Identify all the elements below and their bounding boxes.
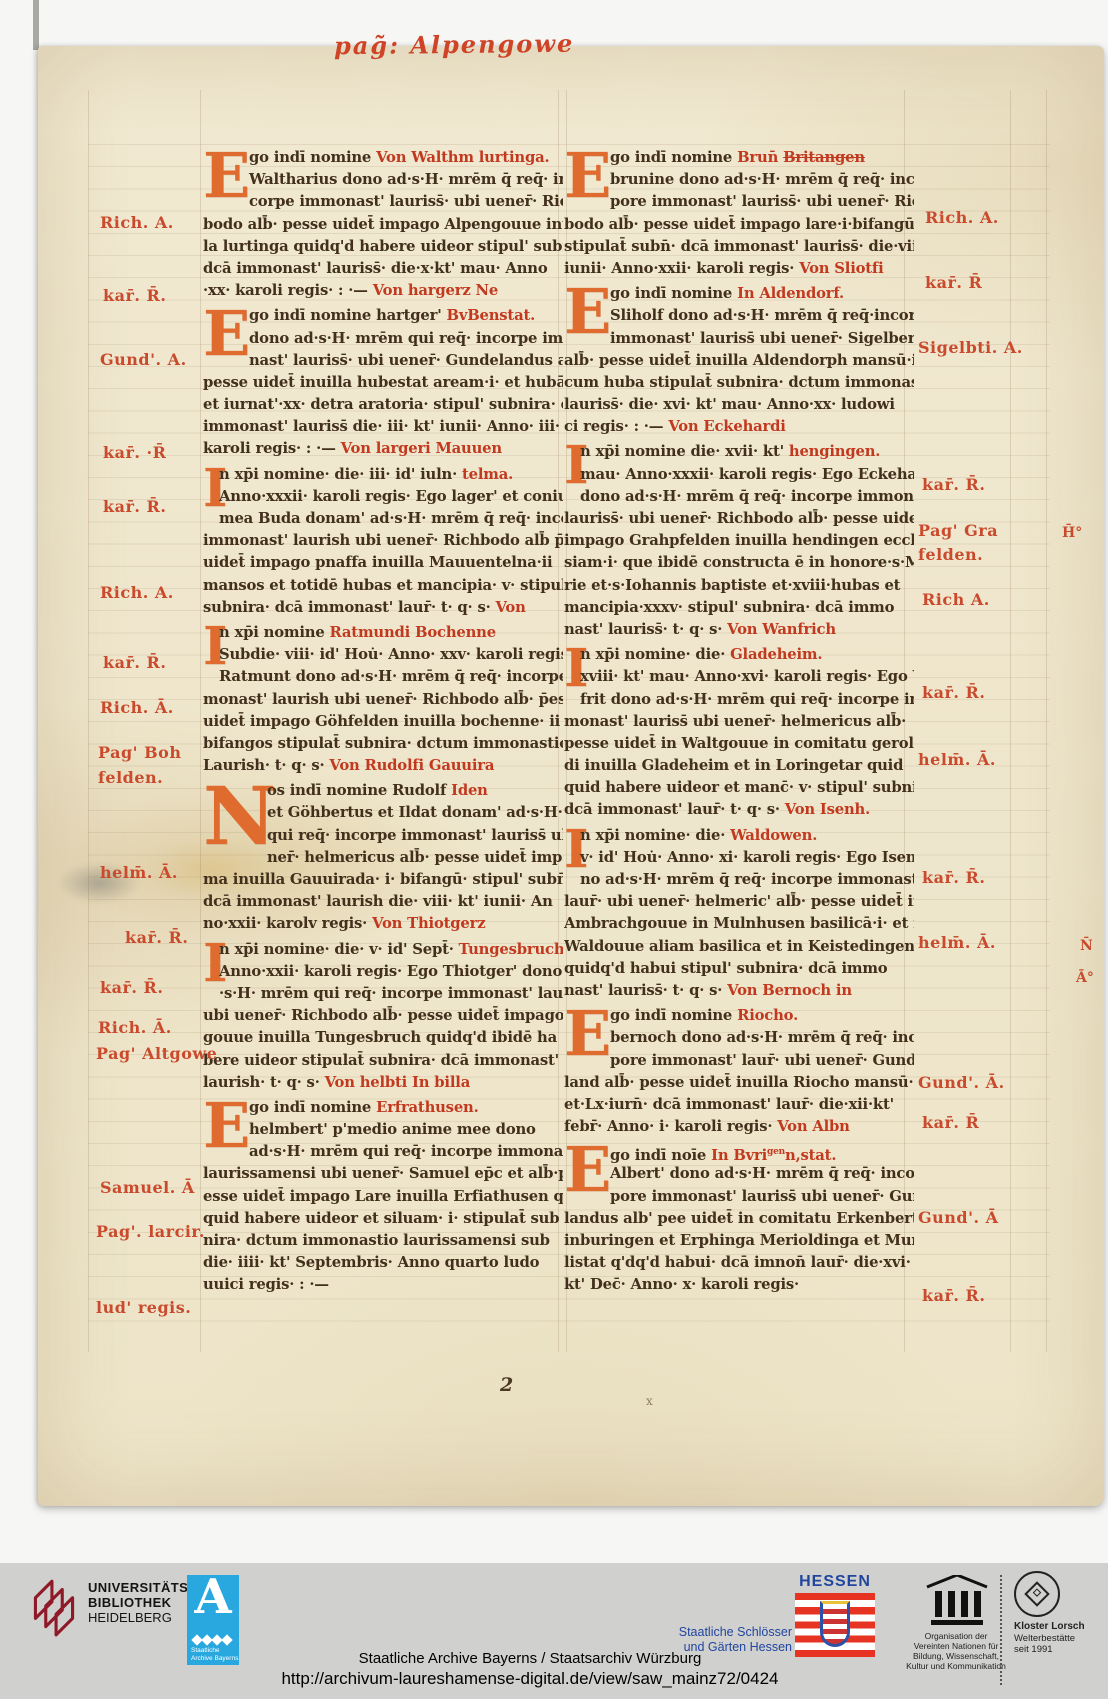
text-segment: go indī nomine	[249, 149, 376, 166]
text-segment: stipulat̄ subn̄· dcā immonast' lauriss̄·…	[564, 238, 914, 255]
text-segment: laurish· t· q· s·	[203, 1074, 325, 1091]
manuscript-line: immonast' laurish ubi uener̄· Richbodo a…	[203, 530, 563, 552]
text-segment: uidet̄ impago pnaffa inuilla Mauuentelna…	[203, 554, 552, 571]
manuscript-line: kt' Dec̄· Anno· x· karoli regis·	[564, 1274, 914, 1296]
manuscript-line: n xp̄i nomine· die· Gladeheim.	[564, 644, 914, 666]
text-segment: mea Buda donam' ad·s·H· mrēm q̄ req̄· in…	[219, 510, 563, 527]
text-segment: la lurtinga quidq'd habere uideor stipul…	[203, 238, 563, 255]
manuscript-line: Ratmunt dono ad·s·H· mrēm q̄ req̄· incor…	[203, 666, 563, 688]
text-segment: nast' lauriss̄· t· q· s·	[564, 621, 727, 638]
margin-note-left: Samuel. Ā	[100, 1178, 195, 1197]
text-segment: die· iiii· kt' Septembris· Anno quarto l…	[203, 1254, 539, 1271]
unesco-caption: Organisation der Vereinten Nationen für …	[896, 1631, 1016, 1671]
manuscript-line: immonast' lauriss̄ die· iii· kt' iunii· …	[203, 416, 563, 438]
text-segment: rie et·s·Iohannis baptiste et·xviii·huba…	[564, 577, 900, 594]
text-segment: go indī nomine	[610, 149, 737, 166]
manuscript-line: brunine dono ad·s·H· mrēm q̄ req̄· incor	[564, 169, 914, 191]
text-segment: Waltharius dono ad·s·H· mrēm q̄ req̄· in	[249, 171, 563, 188]
illuminated-initial: I	[564, 441, 580, 499]
text-segment: immonast' lauriss̄ die· iii· kt' iunii· …	[203, 418, 560, 435]
text-segment: Von Albn	[777, 1118, 850, 1135]
margin-note-right: kar̄. R̄.	[922, 1286, 985, 1305]
text-segment: brunine dono ad·s·H· mrēm q̄ req̄· incor	[610, 171, 914, 188]
text-segment: Von Sliotfi	[799, 260, 883, 277]
margin-symbol: N̄	[1080, 938, 1093, 954]
margin-note-right: Pag' Gra	[918, 521, 998, 540]
text-segment: quid habere uideor et manc̄· v· stipul' …	[564, 779, 914, 796]
text-segment: uidet̄ impago Göhfelden inuilla bochenne…	[203, 713, 560, 730]
illuminated-initial: I	[203, 939, 219, 997]
ub-heidelberg-label: UNIVERSITÄTS- BIBLIOTHEK HEIDELBERG	[88, 1580, 193, 1625]
text-segment: pore immonast' lauriss̄ ubi uener̄· Gund…	[610, 1188, 914, 1205]
unesco-logo-icon	[925, 1575, 989, 1627]
ub-line3: HEIDELBERG	[88, 1610, 193, 1625]
running-title: pag̃: Alpengowe	[334, 29, 575, 61]
manuscript-line: xviii· kt' mau· Anno·xvi· karoli regis· …	[564, 666, 914, 688]
margin-note-left: felden.	[98, 768, 163, 787]
charter-entry: In xp̄i nomine· die· v· id' Sept̄· Tunge…	[203, 939, 563, 1094]
illuminated-initial: N	[203, 780, 267, 856]
margin-note-left: kar̄. R̄.	[125, 928, 188, 947]
hessen-title: HESSEN	[795, 1573, 875, 1591]
manuscript-line: nast' lauriss̄· t· q· s· Von Wanfrich	[564, 619, 914, 641]
text-segment: BvBenstat.	[447, 307, 536, 324]
manuscript-line: ad·s·H· mrēm qui req̄· incorpe immonast'	[203, 1141, 563, 1163]
manuscript-line: et iurnat'·xx· detra aratoria· stipul' s…	[203, 394, 563, 416]
manuscript-line: karoli regis· : ·— Von largeri Mauuen	[203, 438, 563, 460]
text-segment: Tungesbruch.	[459, 941, 563, 958]
ruling-vertical-line	[1010, 90, 1011, 1352]
manuscript-line: dcā immonast' lauriss̄· die·x·kt' mau· A…	[203, 258, 563, 280]
text-segment: pore immonast' lauriss̄· ubi uener̄· Ric…	[610, 193, 914, 210]
manuscript-line: dcā immonast' laur̄· t· q· s· Von Isenh.	[564, 799, 914, 821]
text-segment: go indī nomine	[249, 1099, 376, 1116]
text-segment: Anno·xxii· karoli regis· Ego Thiotger' d…	[219, 963, 563, 980]
manuscript-line: bere uideor stipulat̄ subnira· dcā immon…	[203, 1050, 563, 1072]
charter-entry: In xp̄i nomine Ratmundi BochenneSubdie· …	[203, 622, 563, 777]
text-segment: In Aldendorf.	[737, 285, 844, 302]
text-segment: Von Walthm lurtinga.	[376, 149, 549, 166]
illuminated-initial: E	[203, 147, 249, 211]
text-segment: Albert' dono ad·s·H· mrēm q̄ req̄· incor	[610, 1165, 914, 1182]
manuscript-line: la lurtinga quidq'd habere uideor stipul…	[203, 236, 563, 258]
text-segment: bere uideor stipulat̄ subnira· dcā immon…	[203, 1052, 559, 1069]
text-segment: no ad·s·H· mrēm q̄ req̄· incorpe immonas…	[580, 871, 914, 888]
margin-note-left: helm̄. Ā.	[100, 863, 178, 882]
margin-note-right: helm̄. Ā.	[918, 750, 996, 769]
text-column-right: Ego indī nomine Brun̄ Britangenbrunine d…	[564, 147, 914, 1307]
text-segment: immonast' lauriss̄ ubi uener̄· Sigelbert…	[610, 330, 914, 347]
margin-note-left: Rich. Ā.	[100, 698, 174, 717]
text-segment: et·Lx·iurn̄· dcā immonast' laur̄· die·xi…	[564, 1096, 894, 1113]
margin-note-right: Rich A.	[922, 590, 990, 609]
text-segment: ci regis· : ·—	[564, 418, 668, 435]
text-segment: dono ad·s·H· mrēm q̄ req̄· incorpe immon…	[580, 488, 914, 505]
text-segment: Waldowen.	[730, 827, 817, 844]
text-segment: nast' lauriss̄· ubi uener̄· Gundelandus …	[249, 352, 563, 369]
manuscript-line: cum huba stipulat̄ subnira· dctum immona…	[564, 372, 914, 394]
margin-note-left: kar̄. R̄.	[103, 286, 166, 305]
manuscript-line: laur̄· ubi uener̄· helmeric' alb̄· pesse…	[564, 891, 914, 913]
margin-symbol: H̄°	[1062, 525, 1082, 541]
charter-entry: Nos indī nomine Rudolf Idenet Göhbertus …	[203, 780, 563, 935]
catchword: 2	[500, 1374, 513, 1396]
text-segment: mancipia·xxxv· stipul' subnira· dcā immo	[564, 599, 894, 616]
text-segment: laur̄· ubi uener̄· helmeric' alb̄· pesse…	[564, 893, 914, 910]
text-segment: impago Grahpfelden inuilla hendingen ecc…	[564, 532, 914, 549]
text-segment: go indī nomine	[610, 285, 737, 302]
margin-note-left: Rich. A.	[100, 583, 174, 602]
margin-note-left: Rich. A.	[100, 213, 174, 232]
text-segment: Von Bernoch in	[727, 982, 852, 999]
text-segment: qui req̄· incorpe immonast' lauriss̄ ubi…	[267, 827, 563, 844]
margin-note-left: kar̄. R̄.	[103, 497, 166, 516]
manuscript-line: ci regis· : ·— Von Eckehardi	[564, 416, 914, 438]
text-segment: Von Isenh.	[785, 801, 870, 818]
text-segment: Riocho.	[737, 1007, 798, 1024]
text-segment: n,stat.	[785, 1147, 836, 1164]
manuscript-line: no ad·s·H· mrēm q̄ req̄· incorpe immonas…	[564, 869, 914, 891]
text-segment: Waldouue aliam basilica et in Keisteding…	[564, 938, 914, 955]
credit-line: Staatliche Archive Bayerns / Staatsarchi…	[230, 1649, 830, 1668]
manuscript-line: go indī nomine Erfrathusen.	[203, 1097, 563, 1119]
text-segment: ner̄· helmericus alb̄· pesse uidet̄ impa…	[267, 849, 563, 866]
margin-note-right: kar̄. R̄.	[922, 475, 985, 494]
text-segment: n xp̄i nomine· die·	[580, 827, 730, 844]
charter-entry: Ego indī nomine Von Walthm lurtinga.Walt…	[203, 147, 563, 302]
manuscript-line: no·xxii· karolv regis· Von Thiotgerz	[203, 913, 563, 935]
text-segment: Ratmundi Bochenne	[329, 624, 495, 641]
charter-entry: Ego indī nomine Riocho.bernoch dono ad·s…	[564, 1005, 914, 1138]
text-segment: iunii· Anno·xxii· karoli regis·	[564, 260, 799, 277]
text-segment: Von largeri Mauuen	[341, 440, 502, 457]
text-column-left: Ego indī nomine Von Walthm lurtinga.Walt…	[203, 147, 563, 1337]
charter-entry: In xp̄i nomine· die· Gladeheim.xviii· kt…	[564, 644, 914, 822]
text-segment: Ratmunt dono ad·s·H· mrēm q̄ req̄· incor…	[219, 668, 563, 685]
manuscript-line: mancipia·xxxv· stipul' subnira· dcā immo	[564, 597, 914, 619]
text-segment: n xp̄i nomine· die· v· id' Sept̄·	[219, 941, 459, 958]
manuscript-line: n xp̄i nomine· die· Waldowen.	[564, 825, 914, 847]
text-segment: monast' lauriss̄ ubi uener̄· helmericus …	[564, 713, 906, 730]
manuscript-line: bifangos stipulat̄ subnira· dctum immona…	[203, 733, 563, 755]
archive-bayern-letter: A	[187, 1569, 239, 1625]
text-segment: Von Rudolfi Gauuira	[329, 757, 494, 774]
text-segment: landus alb' pee uidet̄ in comitatu Erken…	[564, 1210, 914, 1227]
margin-note-left: kar̄. R̄.	[100, 978, 163, 997]
illuminated-initial: I	[564, 825, 580, 883]
text-segment: v· id' Hou̇· Anno· xi· karoli regis· Ego…	[580, 849, 914, 866]
manuscript-line: dono ad·s·H· mrēm q̄ req̄· incorpe immon…	[564, 486, 914, 508]
margin-note-left: kar̄. ·R̄	[103, 443, 166, 462]
text-segment: et iurnat'·xx· detra aratoria· stipul' s…	[203, 396, 563, 413]
ruling-vertical-line	[200, 90, 201, 1352]
manuscript-line: quid habere uideor et manc̄· v· stipul' …	[564, 777, 914, 799]
manuscript-line: land alb̄· pesse uidet̄ inuilla Riocho m…	[564, 1072, 914, 1094]
manuscript-line: lauriss̄· ubi uener̄· Richbodo alb̄· pes…	[564, 508, 914, 530]
text-segment: karoli regis· : ·—	[203, 440, 341, 457]
text-segment: esse uidet̄ impago Lare inuilla Erfiathu…	[203, 1188, 563, 1205]
hessen-coat-of-arms-icon	[820, 1601, 850, 1647]
text-segment: n xp̄i nomine· die·	[580, 646, 730, 663]
manuscript-line: go indī nomine Riocho.	[564, 1005, 914, 1027]
manuscript-line: uuici regis· : ·—	[203, 1274, 563, 1296]
manuscript-line: di inuilla Gladeheim et in Loringetar qu…	[564, 755, 914, 777]
manuscript-line: Sliholf dono ad·s·H· mrēm q̄ req̄·incorp…	[564, 305, 914, 327]
text-segment: mau· Anno·xxxii· karoli regis· Ego Eckeh…	[580, 466, 914, 483]
manuscript-line: n xp̄i nomine Ratmundi Bochenne	[203, 622, 563, 644]
manuscript-line: rie et·s·Iohannis baptiste et·xviii·huba…	[564, 575, 914, 597]
margin-symbol: Ā°	[1076, 970, 1094, 986]
manuscript-line: mau· Anno·xxxii· karoli regis· Ego Eckeh…	[564, 464, 914, 486]
manuscript-line: monast' lauriss̄ ubi uener̄· helmericus …	[564, 711, 914, 733]
margin-note-left: Pag' Boh	[98, 743, 181, 762]
text-segment: di inuilla Gladeheim et in Loringetar qu…	[564, 757, 903, 774]
text-segment: mansos et totidē hubas et mancipia· v· s…	[203, 577, 563, 594]
illuminated-initial: E	[203, 1097, 249, 1161]
text-segment: telma.	[462, 466, 513, 483]
text-segment: helmbert' p'medio anime mee dono	[249, 1121, 536, 1138]
margin-note-right: Sigelbti. A.	[918, 338, 1023, 357]
margin-note-right: kar̄. R̄.	[922, 868, 985, 887]
manuscript-line: iunii· Anno·xxii· karoli regis· Von Slio…	[564, 258, 914, 280]
manuscript-line: quidq'd habui stipul' subnira· dcā immo	[564, 958, 914, 980]
text-segment: gouue inuilla Tungesbruch quidq'd ibidē …	[203, 1029, 557, 1046]
manuscript-line: pesse uidet̄ in Waltgouue in comitatu ge…	[564, 733, 914, 755]
scan-edge-artifact	[33, 0, 39, 50]
text-segment: Von hargerz Ne	[373, 282, 498, 299]
manuscript-line: pesse uidet̄ inuilla hubestat aream·i· e…	[203, 372, 563, 394]
text-segment: n xp̄i nomine· die· iii· id' iuln·	[219, 466, 462, 483]
manuscript-line: bodo alb̄· pesse uidet̄ impago lare·i·bi…	[564, 214, 914, 236]
text-segment: n xp̄i nomine	[219, 624, 329, 641]
illuminated-initial: E	[564, 283, 610, 347]
text-segment: lauriss̄· ubi uener̄· Richbodo alb̄· pes…	[564, 510, 914, 527]
manuscript-line: v· id' Hou̇· Anno· xi· karoli regis· Ego…	[564, 847, 914, 869]
text-segment: os indī nomine Rudolf	[267, 782, 451, 799]
manuscript-line: impago Grahpfelden inuilla hendingen ecc…	[564, 530, 914, 552]
text-segment: bodo alb̄· pesse uidet̄ impago Alpengouu…	[203, 216, 563, 233]
manuscript-line: uidet̄ impago pnaffa inuilla Mauuentelna…	[203, 552, 563, 574]
manuscript-line: ·s·H· mrēm qui req̄· incorpe immonast' l…	[203, 983, 563, 1005]
text-segment: bodo alb̄· pesse uidet̄ impago lare·i·bi…	[564, 216, 914, 233]
text-segment: nira· dctum immonastio laurissamensi sub	[203, 1232, 550, 1249]
text-segment: Ambrachgouue in Mulnhusen basilicā·i· et…	[564, 915, 914, 932]
text-segment: immonast' laurish ubi uener̄· Richbodo a…	[203, 532, 563, 549]
text-segment: Laurish· t· q· s·	[203, 757, 329, 774]
manuscript-line: siam·i· que ibidē constructa ē in honore…	[564, 552, 914, 574]
charter-entry: Ego indī nomine Brun̄ Britangenbrunine d…	[564, 147, 914, 280]
margin-note-right: Gund'. Ā	[918, 1208, 999, 1227]
charter-entry: Ego indī nomine Erfrathusen.helmbert' p'…	[203, 1097, 563, 1297]
manuscript-line: landus alb' pee uidet̄ in comitatu Erken…	[564, 1208, 914, 1230]
text-segment: pesse uidet̄ in Waltgouue in comitatu ge…	[564, 735, 914, 752]
text-segment: siam·i· que ibidē constructa ē in honore…	[564, 554, 914, 571]
illuminated-initial: I	[203, 622, 219, 680]
manuscript-line: bernoch dono ad·s·H· mrēm q̄ req̄· incor	[564, 1027, 914, 1049]
illuminated-initial: E	[564, 1005, 610, 1069]
text-segment: corpe immonast' lauriss̄· ubi uener̄· Ri…	[249, 193, 563, 210]
charter-entry: In xp̄i nomine die· xvii· kt' hengingen.…	[564, 441, 914, 641]
manuscript-line: Waldouue aliam basilica et in Keisteding…	[564, 936, 914, 958]
manuscript-line: mansos et totidē hubas et mancipia· v· s…	[203, 575, 563, 597]
illuminated-initial: E	[564, 147, 610, 211]
text-segment: land alb̄· pesse uidet̄ inuilla Riocho m…	[564, 1074, 913, 1091]
manuscript-line: laurish· t· q· s· Von helbti In billa	[203, 1072, 563, 1094]
text-segment: bifangos stipulat̄ subnira· dctum immona…	[203, 735, 563, 752]
text-segment: Erfrathusen.	[376, 1099, 478, 1116]
manuscript-line: pore immonast' lauriss̄ ubi uener̄· Gund…	[564, 1186, 914, 1208]
margin-note-right: helm̄. Ā.	[918, 933, 996, 952]
manuscript-line: Albert' dono ad·s·H· mrēm q̄ req̄· incor	[564, 1163, 914, 1185]
text-segment: no·xxii· karolv regis·	[203, 915, 372, 932]
text-segment: Von Eckehardi	[668, 418, 785, 435]
manuscript-line: dono ad·s·H· mrēm qui req̄· incorpe immo	[203, 328, 563, 350]
manuscript-line: lauriss̄· die· xvi· kt' mau· Anno·xx· lu…	[564, 394, 914, 416]
source-url: http://archivum-laureshamense-digital.de…	[230, 1668, 830, 1689]
text-segment: bernoch dono ad·s·H· mrēm q̄ req̄· incor	[610, 1029, 914, 1046]
manuscript-line: nira· dctum immonastio laurissamensi sub	[203, 1230, 563, 1252]
ub-heidelberg-logo-icon	[26, 1573, 82, 1639]
text-segment: ·s·H· mrēm qui req̄· incorpe immonast' l…	[219, 985, 563, 1002]
manuscript-line: ·xx· karoli regis· : ·— Von hargerz Ne	[203, 280, 563, 302]
manuscript-line: die· iiii· kt' Septembris· Anno quarto l…	[203, 1252, 563, 1274]
manuscript-line: go indī nomine Von Walthm lurtinga.	[203, 147, 563, 169]
manuscript-line: Laurish· t· q· s· Von Rudolfi Gauuira	[203, 755, 563, 777]
text-segment: go indī nomine	[610, 1007, 737, 1024]
text-segment: lauriss̄· die· xvi· kt' mau· Anno·xx· lu…	[564, 396, 895, 413]
manuscript-line: monast' laurish ubi uener̄· Richbodo alb…	[203, 689, 563, 711]
text-segment: quidq'd habui stipul' subnira· dcā immo	[564, 960, 887, 977]
manuscript-line: dcā immonast' laurish die· viii· kt' iun…	[203, 891, 563, 913]
manuscript-line: inburingen et Erphinga Merioldinga et Mu…	[564, 1230, 914, 1252]
manuscript-line: n xp̄i nomine· die· v· id' Sept̄· Tunges…	[203, 939, 563, 961]
text-segment: dcā immonast' lauriss̄· die·x·kt' mau· A…	[203, 260, 548, 277]
text-segment: Subdie· viii· id' Hou̇· Anno· xxv· karol…	[219, 646, 563, 663]
text-segment: Von	[495, 599, 525, 616]
charter-entry: Ego indī nomine hartger' BvBenstat.dono …	[203, 305, 563, 460]
text-segment: pesse uidet̄ inuilla hubestat aream·i· e…	[203, 374, 563, 391]
margin-note-left: Pag' Altgowe	[96, 1044, 217, 1063]
margin-note-left: Pag'. larcir.	[96, 1222, 205, 1241]
manuscript-line: alb̄· pesse uidet̄ inuilla Aldendorph ma…	[564, 350, 914, 372]
illuminated-initial: E	[564, 1141, 610, 1205]
stray-mark: x	[646, 1394, 653, 1408]
manuscript-line: subnira· dcā immonast' laur̄· t· q· s· V…	[203, 597, 563, 619]
text-segment: listat q'dq'd habui· dcā imnon̄ laur̄· d…	[564, 1254, 911, 1271]
text-segment: dcā immonast' laur̄· t· q· s·	[564, 801, 785, 818]
manuscript-line: go indī nomine In Aldendorf.	[564, 283, 914, 305]
text-segment: In Bvri	[711, 1147, 767, 1164]
manuscript-line: immonast' lauriss̄ ubi uener̄· Sigelbert…	[564, 328, 914, 350]
manuscript-line: ubi uener̄· Richbodo alb̄· pesse uidet̄ …	[203, 1005, 563, 1027]
kloster-lorsch-caption: Kloster Lorsch Welterbestätte seit 1991	[1014, 1621, 1085, 1656]
text-segment: febr̄· Anno· i· karoli regis·	[564, 1118, 777, 1135]
margin-note-left: kar̄. R̄.	[103, 653, 166, 672]
text-segment: Iden	[451, 782, 488, 799]
manuscript-line: Anno·xxii· karoli regis· Ego Thiotger' d…	[203, 961, 563, 983]
text-segment: ·xx· karoli regis· : ·—	[203, 282, 373, 299]
footer-bar: UNIVERSITÄTS- BIBLIOTHEK HEIDELBERG A St…	[0, 1563, 1108, 1699]
manuscript-line: febr̄· Anno· i· karoli regis· Von Albn	[564, 1116, 914, 1138]
hessen-flag-icon	[795, 1593, 875, 1657]
text-segment: alb̄· pesse uidet̄ inuilla Aldendorph ma…	[564, 352, 914, 369]
manuscript-line: Ambrachgouue in Mulnhusen basilicā·i· et…	[564, 913, 914, 935]
manuscript-line: n xp̄i nomine· die· iii· id' iuln· telma…	[203, 464, 563, 486]
charter-entry: In xp̄i nomine· die· Waldowen.v· id' Hou…	[564, 825, 914, 1003]
margin-note-right: felden.	[918, 545, 983, 564]
manuscript-line: frit dono ad·s·H· mrēm qui req̄· incorpe…	[564, 689, 914, 711]
ruling-vertical-line	[88, 90, 89, 1352]
illuminated-initial: I	[564, 644, 580, 702]
text-segment: ad·s·H· mrēm qui req̄· incorpe immonast'	[249, 1143, 563, 1160]
margin-note-right: kar̄. R̄	[925, 273, 982, 292]
text-segment: nast' lauriss̄· t· q· s·	[564, 982, 727, 999]
manuscript-line: nast' lauriss̄· ubi uener̄· Gundelandus …	[203, 350, 563, 372]
text-segment: frit dono ad·s·H· mrēm qui req̄· incorpe…	[580, 691, 914, 708]
kloster-lorsch-logo-icon	[1014, 1571, 1060, 1617]
text-segment: Britangen	[783, 149, 865, 166]
text-segment: Sliholf dono ad·s·H· mrēm q̄ req̄·incorp…	[610, 307, 914, 324]
manuscript-line: Anno·xxxii· karoli regis· Ego lager' et …	[203, 486, 563, 508]
text-segment: gen	[767, 1147, 785, 1157]
text-segment: uuici regis· : ·—	[203, 1276, 329, 1293]
charter-entry: Ego indī noīe In Bvrigenn,stat.Albert' d…	[564, 1141, 914, 1296]
manuscript-line: corpe immonast' lauriss̄· ubi uener̄· Ri…	[203, 191, 563, 213]
margin-note-left: Gund'. A.	[100, 350, 187, 369]
text-segment: Von Wanfrich	[727, 621, 836, 638]
text-segment: n xp̄i nomine die· xvii· kt'	[580, 443, 789, 460]
margin-note-right: Gund'. Ā.	[918, 1073, 1005, 1092]
manuscript-line: pore immonast' laur̄· ubi uener̄· Gunde	[564, 1050, 914, 1072]
ub-line2: BIBLIOTHEK	[88, 1595, 193, 1610]
text-segment: subnira· dcā immonast' laur̄· t· q· s·	[203, 599, 495, 616]
margin-note-right: kar̄. R̄.	[922, 683, 985, 702]
text-segment: Von helbti In billa	[325, 1074, 470, 1091]
manuscript-line: nast' lauriss̄· t· q· s· Von Bernoch in	[564, 980, 914, 1002]
manuscript-line: laurissamensi ubi uener̄· Samuel ep̄c et…	[203, 1163, 563, 1185]
text-segment: et Göhbertus et Ildat donam' ad·s·H·mrēm	[267, 804, 563, 821]
margin-note-right: Rich. A.	[925, 208, 999, 227]
manuscript-line: helmbert' p'medio anime mee dono	[203, 1119, 563, 1141]
text-segment: ma inuilla Gauuirada· i· bifangū· stipul…	[203, 871, 563, 888]
charter-entry: Ego indī nomine In Aldendorf.Sliholf don…	[564, 283, 914, 438]
manuscript-line: mea Buda donam' ad·s·H· mrēm q̄ req̄· in…	[203, 508, 563, 530]
text-segment: laurissamensi ubi uener̄· Samuel ep̄c et…	[203, 1165, 563, 1182]
text-segment: pore immonast' laur̄· ubi uener̄· Gunde	[610, 1052, 914, 1069]
text-segment: Anno·xxxii· karoli regis· Ego lager' et …	[219, 488, 563, 505]
manuscript-line: stipulat̄ subn̄· dcā immonast' lauriss̄·…	[564, 236, 914, 258]
text-segment: cum huba stipulat̄ subnira· dctum immona…	[564, 374, 914, 391]
footer-divider	[1000, 1575, 1002, 1685]
manuscript-line: esse uidet̄ impago Lare inuilla Erfiathu…	[203, 1186, 563, 1208]
text-segment: Von Thiotgerz	[372, 915, 485, 932]
text-segment: dcā immonast' laurish die· viii· kt' iun…	[203, 893, 553, 910]
ub-line1: UNIVERSITÄTS-	[88, 1580, 193, 1595]
manuscript-line: bodo alb̄· pesse uidet̄ impago Alpengouu…	[203, 214, 563, 236]
manuscript-line: Subdie· viii· id' Hou̇· Anno· xxv· karol…	[203, 644, 563, 666]
manuscript-line: quid habere uideor et siluam· i· stipula…	[203, 1208, 563, 1230]
text-segment: dono ad·s·H· mrēm qui req̄· incorpe immo	[249, 330, 563, 347]
manuscript-scan: pag̃: Alpengowe Ego indī nomine Von Walt…	[0, 0, 1108, 1699]
text-segment: monast' laurish ubi uener̄· Richbodo alb…	[203, 691, 563, 708]
text-segment: go indī nomine hartger'	[249, 307, 447, 324]
manuscript-line: uidet̄ impago Göhfelden inuilla bochenne…	[203, 711, 563, 733]
manuscript-line: listat q'dq'd habui· dcā imnon̄ laur̄· d…	[564, 1252, 914, 1274]
text-segment: go indī noīe	[610, 1147, 711, 1164]
manuscript-line: go indī nomine Brun̄ Britangen	[564, 147, 914, 169]
text-segment: quid habere uideor et siluam· i· stipula…	[203, 1210, 559, 1227]
manuscript-line: pore immonast' lauriss̄· ubi uener̄· Ric…	[564, 191, 914, 213]
